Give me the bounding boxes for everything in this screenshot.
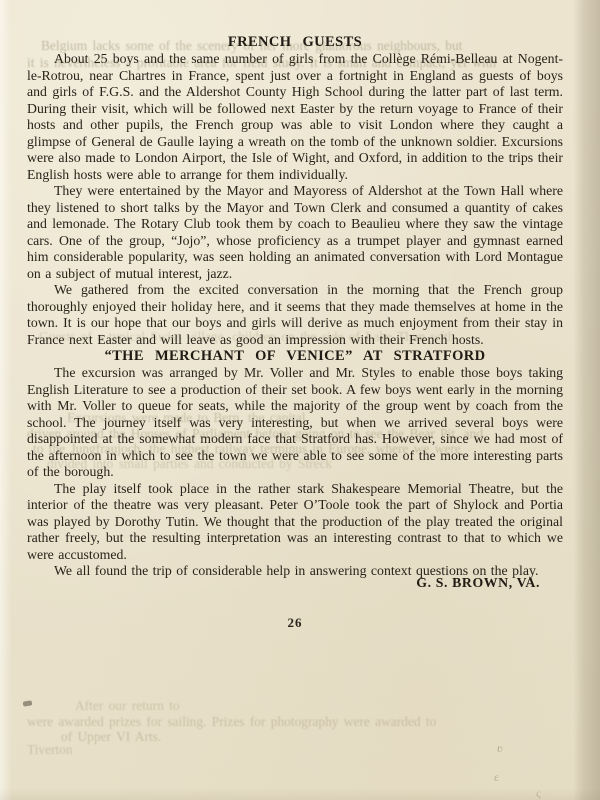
body-paragraph: We gathered from the excited conversatio… <box>27 282 563 348</box>
page-number: 26 <box>27 615 563 631</box>
ink-smudge <box>23 700 33 706</box>
bleed-through-line: were awarded prizes for sailing. Prizes … <box>27 714 563 730</box>
bleed-through-line: Tiverton <box>27 742 563 758</box>
page-bottom-shadow <box>0 788 600 800</box>
bleed-through-line: After our return to <box>27 698 600 714</box>
article-title-merchant-of-venice: “THE MERCHANT OF VENICE” AT STRATFORD <box>27 348 563 365</box>
bleed-through-line: of Upper VI Arts. <box>27 729 597 745</box>
body-paragraph: The play itself took place in the rather… <box>27 481 563 564</box>
page-scan-shadow <box>573 0 600 800</box>
page-left-highlight <box>0 0 12 800</box>
body-paragraph: They were entertained by the Mayor and M… <box>27 183 563 282</box>
body-paragraph: The excursion was arranged by Mr. Voller… <box>27 365 563 481</box>
pencil-mark: ε <box>494 770 499 785</box>
article-title-french-guests: FRENCH GUESTS <box>27 0 563 51</box>
pencil-mark: ʋ <box>496 741 505 757</box>
page-content: FRENCH GUESTS About 25 boys and the same… <box>27 0 563 631</box>
body-paragraph: About 25 boys and the same number of gir… <box>27 51 563 183</box>
magazine-scanned-page: Belgium lacks some of the scenery of her… <box>0 0 600 800</box>
